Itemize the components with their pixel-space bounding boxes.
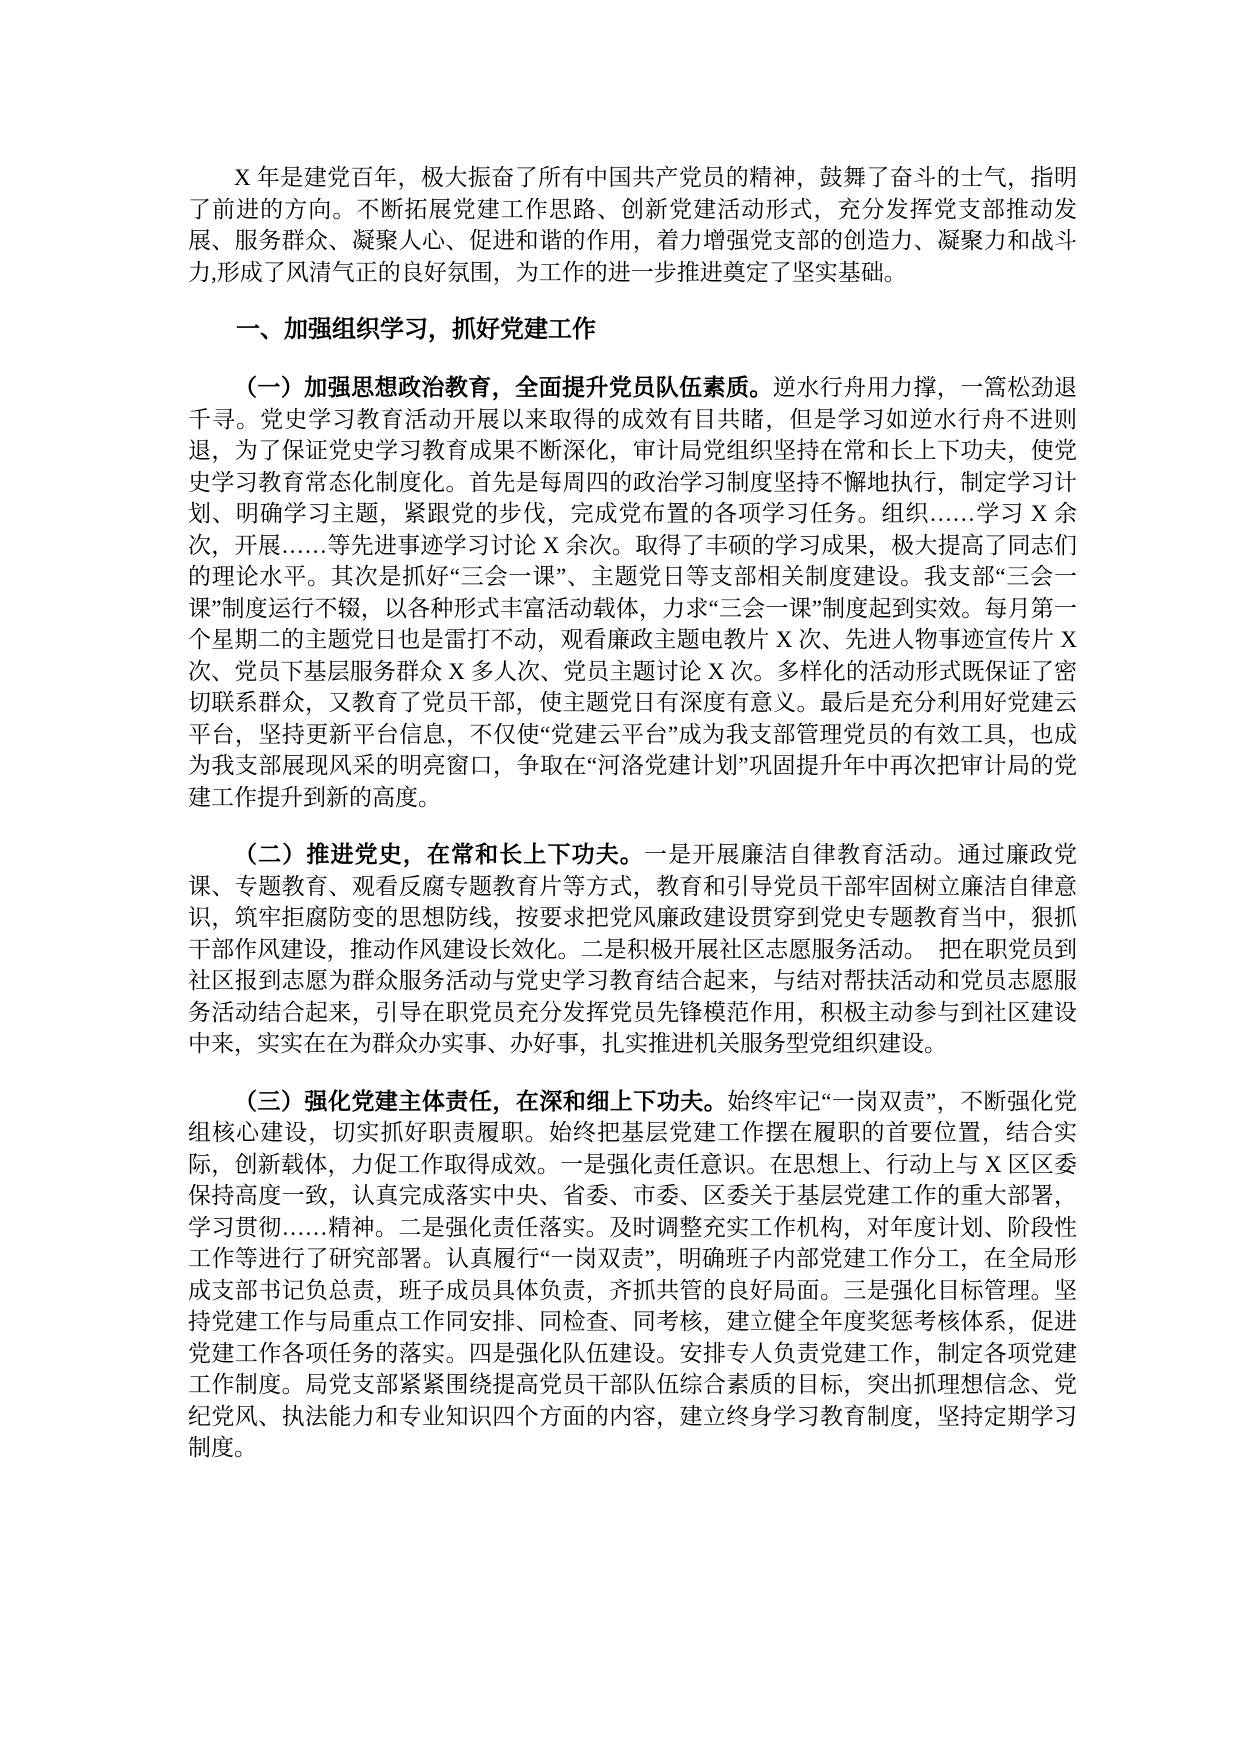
section-paragraph-3: （三）强化党建主体责任，在深和细上下功夫。始终牢记“一岗双责”，不断强化党组核心… — [188, 1086, 1077, 1464]
subsection-body-3: 始终牢记“一岗双责”，不断强化党组核心建设，切实抓好职责履职。始终把基层党建工作… — [188, 1089, 1077, 1461]
subsection-title-3: （三）强化党建主体责任，在深和细上下功夫。 — [234, 1088, 727, 1114]
section-paragraph-1: （一）加强思想政治教育，全面提升党员队伍素质。逆水行舟用力撑，一篙松劲退千寻。党… — [188, 372, 1077, 813]
subsection-body-1: 逆水行舟用力撑，一篙松劲退千寻。党史学习教育活动开展以来取得的成效有目共睹，但是… — [188, 375, 1077, 810]
document-page: X 年是建党百年，极大振奋了所有中国共产党员的精神，鼓舞了奋斗的士气，指明了前进… — [0, 0, 1240, 1754]
intro-paragraph: X 年是建党百年，极大振奋了所有中国共产党员的精神，鼓舞了奋斗的士气，指明了前进… — [188, 162, 1077, 288]
subsection-body-2: 一是开展廉洁自律教育活动。通过廉政党课、专题教育、观看反腐专题教育片等方式，教育… — [188, 842, 1077, 1056]
subsection-title-2: （二）推进党史，在常和长上下功夫。 — [234, 841, 644, 867]
section-paragraph-2: （二）推进党史，在常和长上下功夫。一是开展廉洁自律教育活动。通过廉政党课、专题教… — [188, 839, 1077, 1060]
subsection-title-1: （一）加强思想政治教育，全面提升党员队伍素质。 — [234, 374, 773, 400]
section-heading: 一、加强组织学习，抓好党建工作 — [188, 314, 1077, 346]
